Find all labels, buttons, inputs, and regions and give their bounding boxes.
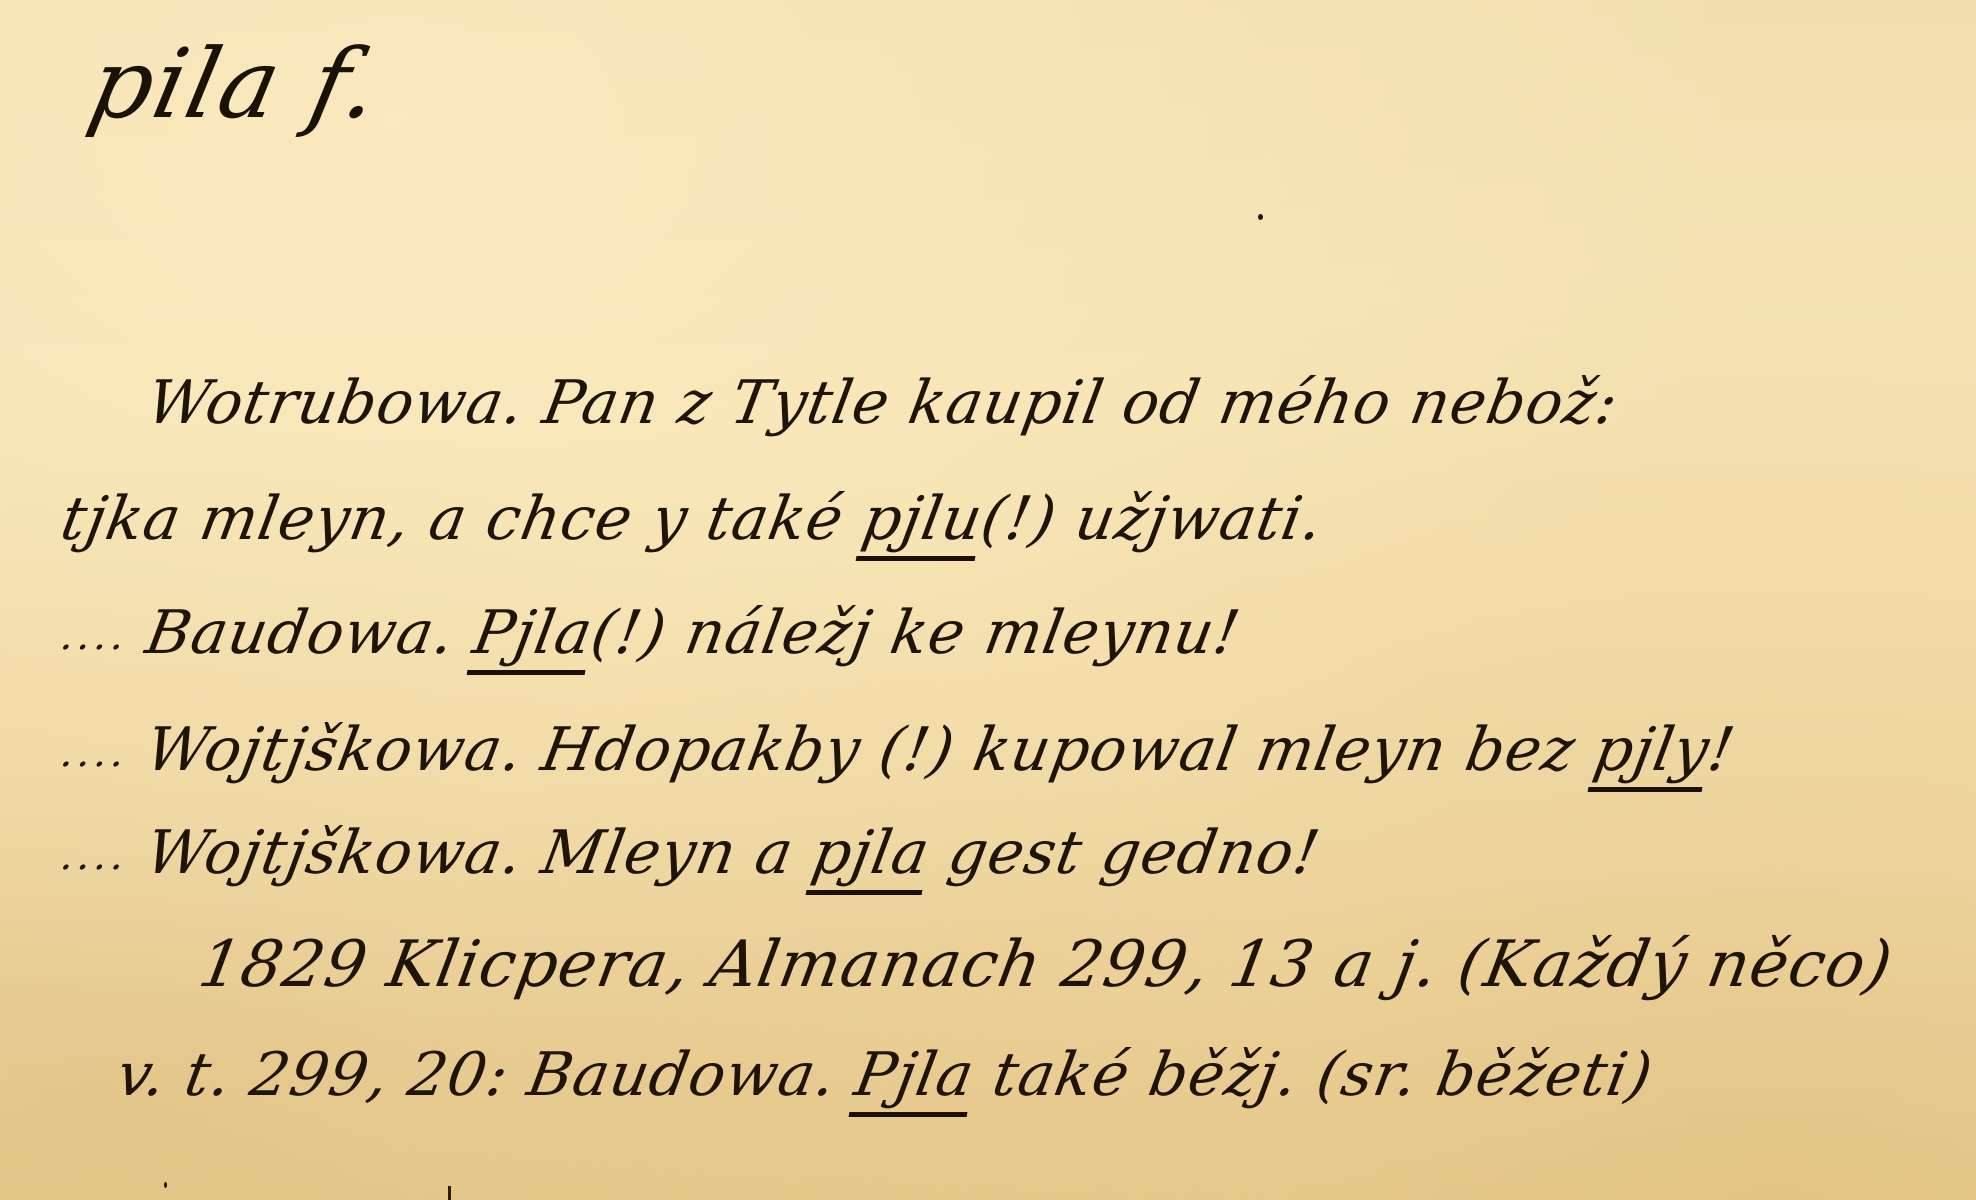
citation-line-2: tjka mleyn, a chce y také pjlu(!) užjwat… [56,484,1329,554]
underlined-headword-form: pjly [1588,715,1716,792]
citation-line-1: Wotrubowa. Pan z Tytle kaupil od mého ne… [142,368,1624,438]
citation-text: tjka mleyn, a chce y také [56,484,870,554]
dictionary-card: pila f. Wotrubowa. Pan z Tytle kaupil od… [0,0,1976,1200]
speaker-name: Baudowa. [141,598,461,668]
speaker-name: Wojtjškowa. [141,715,529,785]
citation-text: Hdopakby (!) kupowal mleyn bez [516,715,1601,785]
citation-text: gest gedno! [923,818,1326,888]
ellipsis-marker: .... [57,730,132,776]
speaker-name: Wojtjškowa. [141,818,529,888]
citation-text: (!) náležj ke mleynu! [586,598,1246,668]
source-reference-line: 1829 Klicpera, Almanach 299, 13 a j. (Ka… [193,928,1898,1002]
ellipsis-marker: .... [57,833,132,879]
ellipsis-marker: .... [57,613,132,659]
ink-mark [448,1186,451,1200]
source-citation: 1829 Klicpera, Almanach 299, 13 a j. (Ka… [193,928,1898,1002]
cross-reference-line: v. t. 299, 20: Baudowa. Pjla také běžj. … [112,1040,1658,1110]
citation-text: také běžj. (sr. běžeti) [968,1040,1659,1110]
speaker-name: Wotrubowa. [142,368,530,438]
headword: pila f. [80,28,391,140]
citation-text: Pan z Tytle kaupil od mého nebož: [518,368,1624,438]
ink-speck [164,1182,167,1188]
citation-text: Mleyn a [516,818,819,888]
underlined-headword-form: pjla [806,818,936,895]
underlined-headword-form: pjlu [856,484,988,561]
ink-speck [1258,214,1263,220]
citation-line-3: ....Baudowa. Pjla(!) náležj ke mleynu! [56,598,1246,668]
citation-line-5: ....Wojtjškowa. Mleyn a pjla gest gedno! [56,818,1326,888]
citation-text: v. t. 299, 20: Baudowa. [112,1040,862,1110]
citation-text: (!) užjwati. [976,484,1329,554]
underlined-headword-form: Pjla [467,598,599,675]
citation-line-4: ....Wojtjškowa. Hdopakby (!) kupowal mle… [56,715,1741,785]
underlined-headword-form: Pjla [848,1040,980,1117]
